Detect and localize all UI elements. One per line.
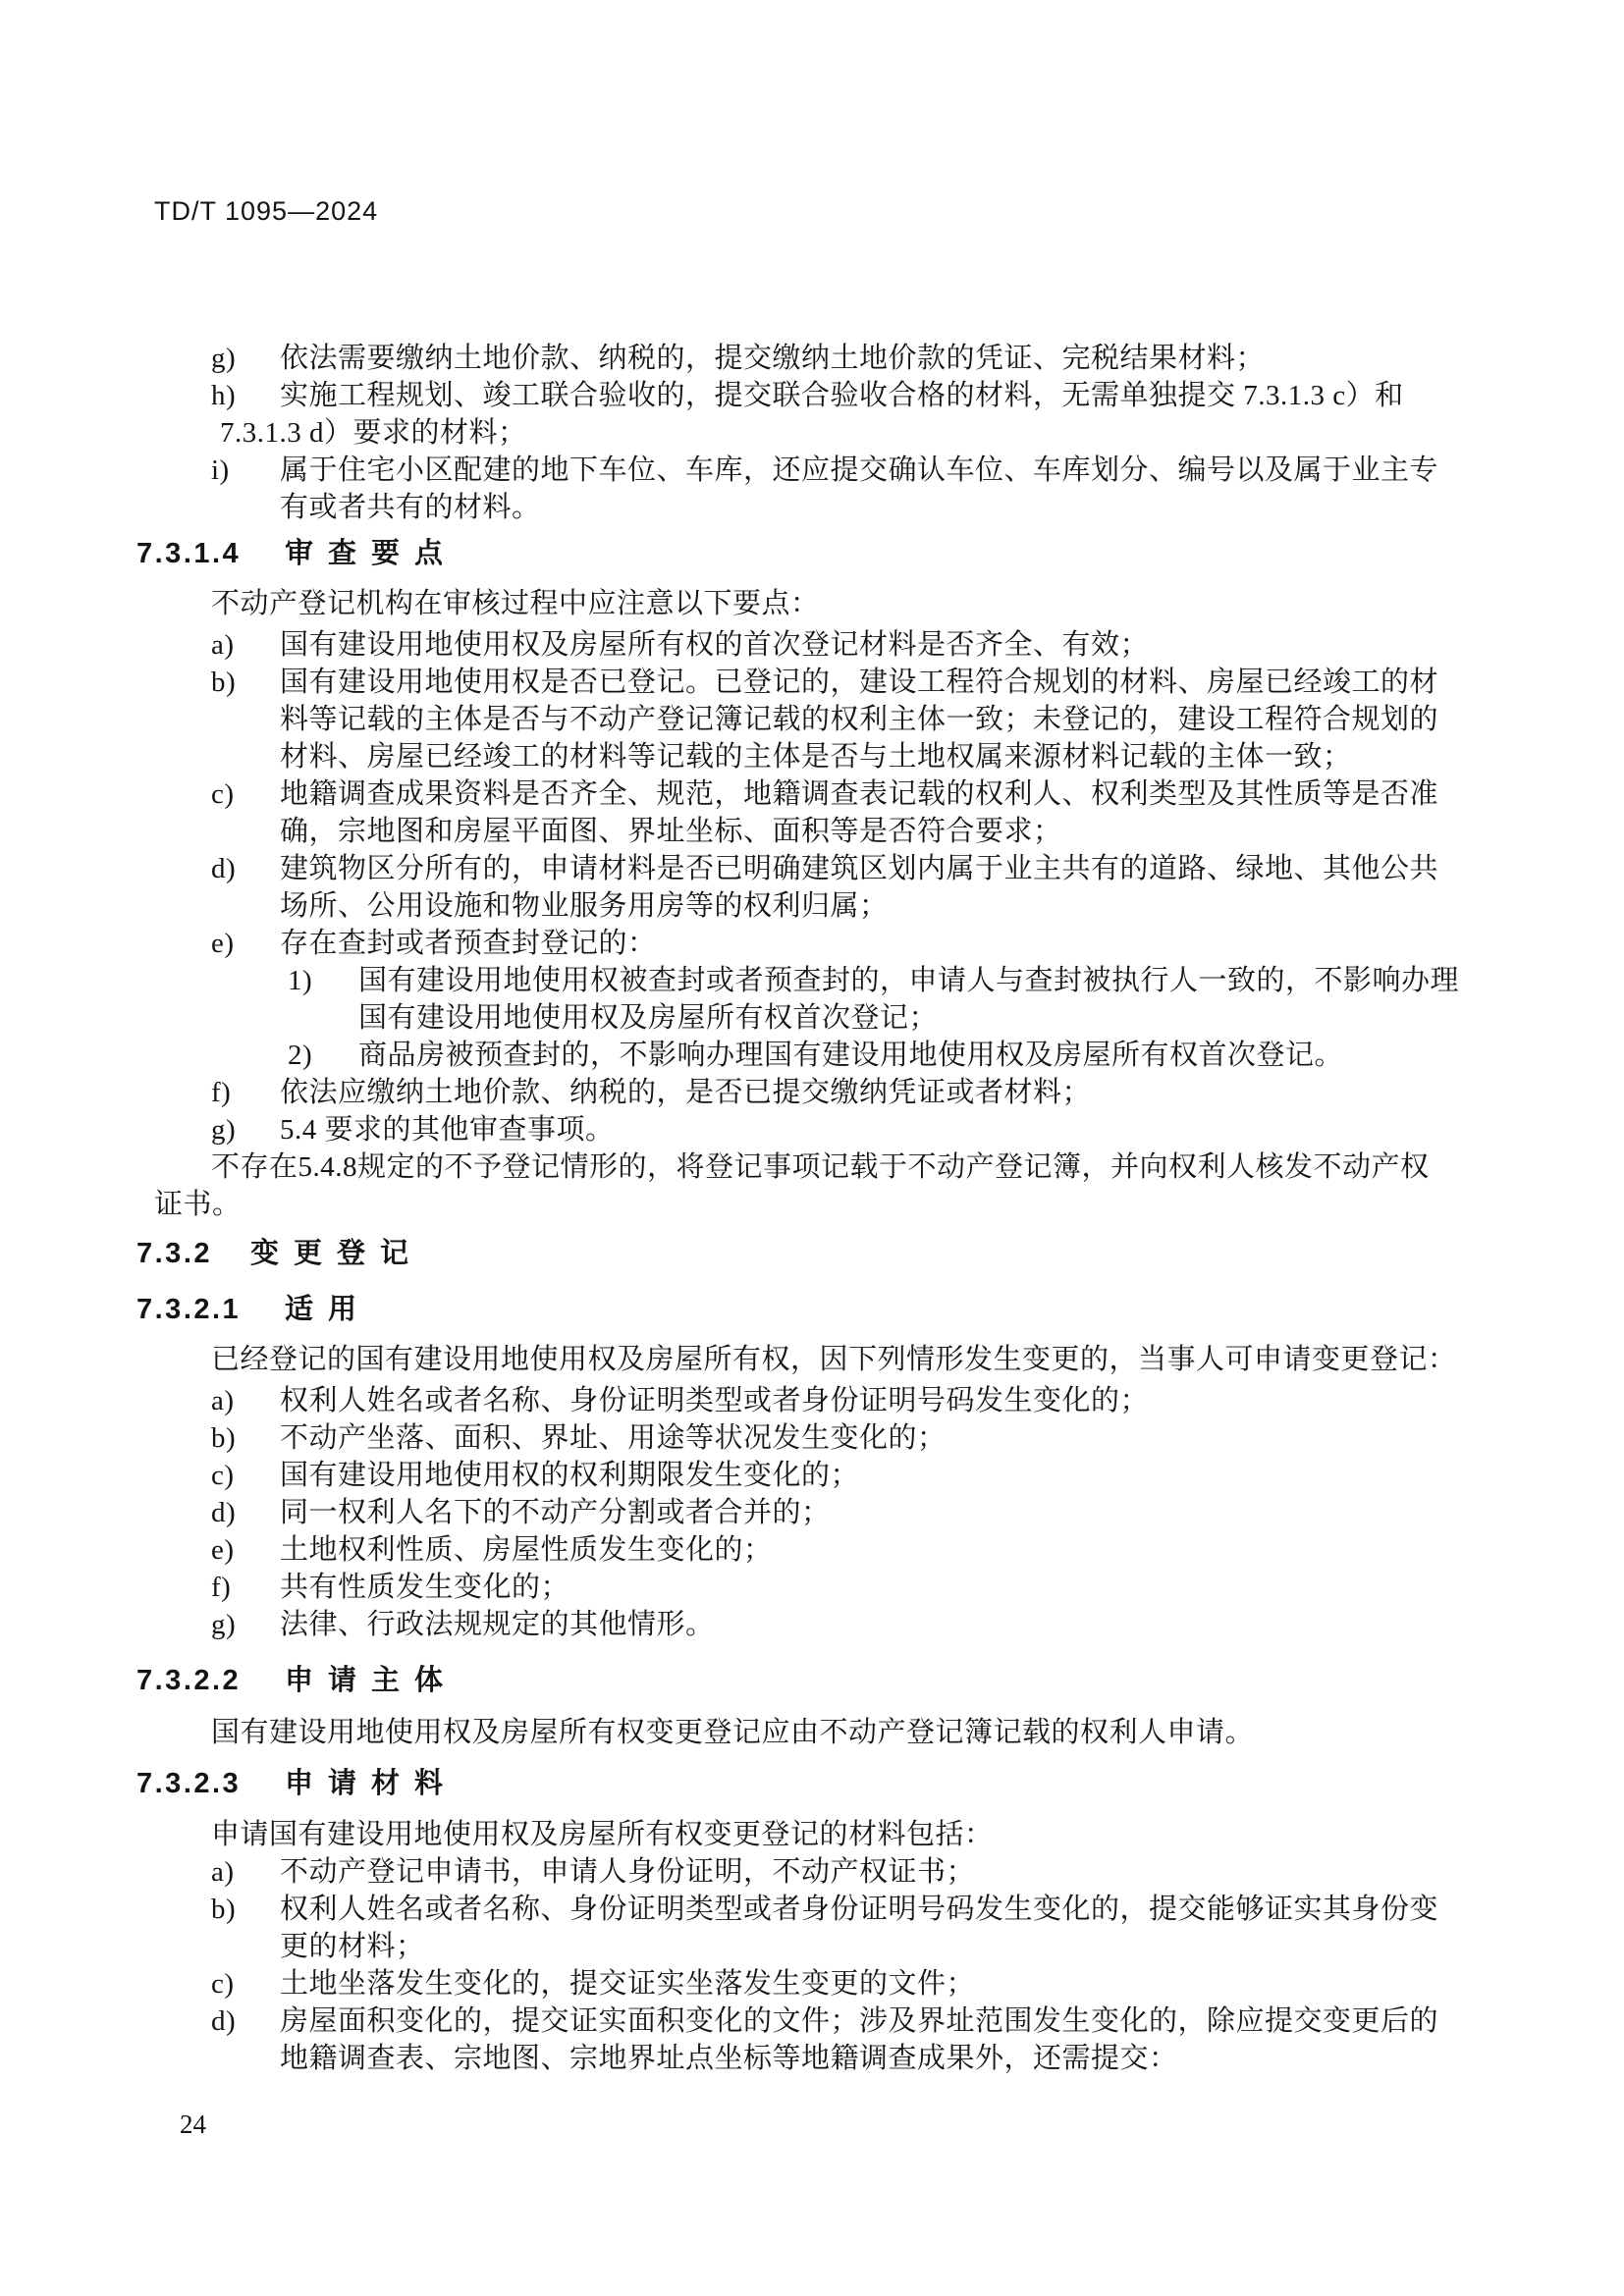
list-item-text: 权利人姓名或者名称、身份证明类型或者身份证明号码发生变化的，提交能够证实其身份变 <box>280 1893 1438 1926</box>
section-number: 7.3.1.4 <box>136 537 241 570</box>
list-marker: d) <box>211 1496 236 1529</box>
list-item-text: 更的材料； <box>280 1930 425 1963</box>
list-item-text: 材料、房屋已经竣工的材料等记载的主体是否与土地权属来源材料记载的主体一致； <box>280 740 1352 774</box>
list-item-text: 国有建设用地使用权是否已登记。已登记的，建设工程符合规划的材料、房屋已经竣工的材 <box>280 666 1438 699</box>
list-item-text: 依法需要缴纳土地价款、纳税的，提交缴纳土地价款的凭证、完税结果材料； <box>280 342 1265 375</box>
list-item-text: 7.3.1.3 d）要求的材料； <box>220 416 527 450</box>
list-marker: a) <box>211 1855 235 1889</box>
section-heading-7-3-2-2: 7.3.2.2 申请主体 <box>0 1664 1624 1697</box>
list-item-text: 权利人姓名或者名称、身份证明类型或者身份证明号码发生变化的； <box>280 1384 1149 1417</box>
list-marker: g) <box>211 342 236 375</box>
list-item: c) 国有建设用地使用权的权利期限发生变化的； <box>0 1459 1624 1492</box>
list-marker: d) <box>211 852 236 885</box>
list-item: e) 土地权利性质、房屋性质发生变化的； <box>0 1533 1624 1567</box>
list-marker: e) <box>211 927 235 960</box>
document-page: TD/T 1095—2024 g) 依法需要缴纳土地价款、纳税的，提交缴纳土地价… <box>0 0 1624 2296</box>
list-item-text: 依法应缴纳土地价款、纳税的，是否已提交缴纳凭证或者材料； <box>280 1076 1091 1109</box>
list-item: a) 不动产登记申请书，申请人身份证明，不动产权证书； <box>0 1855 1624 1889</box>
list-item-continuation: 材料、房屋已经竣工的材料等记载的主体是否与土地权属来源材料记载的主体一致； <box>0 740 1624 774</box>
section-title: 变更登记 <box>250 1237 423 1270</box>
section-title: 适用 <box>285 1293 371 1326</box>
list-item-text: 属于住宅小区配建的地下车位、车库，还应提交确认车位、车库划分、编号以及属于业主专 <box>280 454 1438 487</box>
list-item-text: 存在查封或者预查封登记的： <box>280 927 657 960</box>
paragraph: 申请国有建设用地使用权及房屋所有权变更登记的材料包括： <box>0 1818 1624 1851</box>
paragraph: 不动产登记机构在审核过程中应注意以下要点： <box>0 587 1624 620</box>
list-item-text: 同一权利人名下的不动产分割或者合并的； <box>280 1496 831 1529</box>
sub-list-item: 2) 商品房被预查封的，不影响办理国有建设用地使用权及房屋所有权首次登记。 <box>0 1039 1624 1072</box>
list-marker: g) <box>211 1113 236 1147</box>
sub-list-marker: 1) <box>288 964 312 997</box>
list-item-text: 法律、行政法规规定的其他情形。 <box>280 1608 715 1641</box>
list-item: a) 国有建设用地使用权及房屋所有权的首次登记材料是否齐全、有效； <box>0 628 1624 662</box>
list-marker: f) <box>211 1571 231 1604</box>
list-item-continuation: 料等记载的主体是否与不动产登记簿记载的权利主体一致；未登记的，建设工程符合规划的 <box>0 703 1624 736</box>
section-title: 审查要点 <box>285 537 458 570</box>
list-item-continuation: 有或者共有的材料。 <box>0 491 1624 524</box>
paragraph-continuation: 证书。 <box>0 1188 1624 1221</box>
list-item: g) 依法需要缴纳土地价款、纳税的，提交缴纳土地价款的凭证、完税结果材料； <box>0 342 1624 375</box>
list-item-continuation: 地籍调查表、宗地图、宗地界址点坐标等地籍调查成果外，还需提交： <box>0 2042 1624 2075</box>
list-item: d) 房屋面积变化的，提交证实面积变化的文件；涉及界址范围发生变化的，除应提交变… <box>0 2004 1624 2038</box>
sub-list-item-text: 国有建设用地使用权及房屋所有权首次登记； <box>358 1001 938 1035</box>
list-item-text: 5.4 要求的其他审查事项。 <box>280 1113 615 1147</box>
list-marker: a) <box>211 1384 235 1417</box>
paragraph: 国有建设用地使用权及房屋所有权变更登记应由不动产登记簿记载的权利人申请。 <box>0 1716 1624 1749</box>
list-item-continuation: 7.3.1.3 d）要求的材料； <box>0 416 1624 450</box>
list-item-text: 地籍调查成果资料是否齐全、规范，地籍调查表记载的权利人、权利类型及其性质等是否准 <box>280 777 1438 811</box>
list-marker: b) <box>211 1893 236 1926</box>
list-marker: e) <box>211 1533 235 1567</box>
list-item-text: 土地坐落发生变化的，提交证实坐落发生变更的文件； <box>280 1967 975 2001</box>
list-item-text: 共有性质发生变化的； <box>280 1571 569 1604</box>
list-item-text: 实施工程规划、竣工联合验收的，提交联合验收合格的材料，无需单独提交 7.3.1.… <box>280 379 1404 412</box>
list-item: f) 依法应缴纳土地价款、纳税的，是否已提交缴纳凭证或者材料； <box>0 1076 1624 1109</box>
list-item-text: 有或者共有的材料。 <box>280 491 541 524</box>
list-item-text: 确，宗地图和房屋平面图、界址坐标、面积等是否符合要求； <box>280 815 1062 848</box>
list-item-text: 土地权利性质、房屋性质发生变化的； <box>280 1533 773 1567</box>
list-item: g) 法律、行政法规规定的其他情形。 <box>0 1608 1624 1641</box>
list-marker: f) <box>211 1076 231 1109</box>
list-item: c) 土地坐落发生变化的，提交证实坐落发生变更的文件； <box>0 1967 1624 2001</box>
section-number: 7.3.2.1 <box>136 1293 241 1326</box>
section-heading-7-3-2-3: 7.3.2.3 申请材料 <box>0 1767 1624 1800</box>
list-item: c) 地籍调查成果资料是否齐全、规范，地籍调查表记载的权利人、权利类型及其性质等… <box>0 777 1624 811</box>
list-marker: c) <box>211 1459 235 1492</box>
list-marker: a) <box>211 628 235 662</box>
list-marker: g) <box>211 1608 236 1641</box>
list-item: g) 5.4 要求的其他审查事项。 <box>0 1113 1624 1147</box>
list-item: b) 不动产坐落、面积、界址、用途等状况发生变化的； <box>0 1421 1624 1455</box>
section-heading-7-3-2: 7.3.2 变更登记 <box>0 1237 1624 1270</box>
section-heading-7-3-1-4: 7.3.1.4 审查要点 <box>0 537 1624 570</box>
sub-list-item: 1) 国有建设用地使用权被查封或者预查封的，申请人与查封被执行人一致的，不影响办… <box>0 964 1624 997</box>
sub-list-item-continuation: 国有建设用地使用权及房屋所有权首次登记； <box>0 1001 1624 1035</box>
section-title: 申请材料 <box>285 1767 458 1800</box>
standard-number-header: TD/T 1095—2024 <box>154 196 378 226</box>
sub-list-marker: 2) <box>288 1039 312 1072</box>
section-number: 7.3.2.3 <box>136 1767 241 1800</box>
list-item: d) 建筑物区分所有的，申请材料是否已明确建筑区划内属于业主共有的道路、绿地、其… <box>0 852 1624 885</box>
list-item: i) 属于住宅小区配建的地下车位、车库，还应提交确认车位、车库划分、编号以及属于… <box>0 454 1624 487</box>
sub-list-item-text: 国有建设用地使用权被查封或者预查封的，申请人与查封被执行人一致的，不影响办理 <box>358 964 1459 997</box>
section-number: 7.3.2.2 <box>136 1664 241 1697</box>
list-marker: i) <box>211 454 230 487</box>
list-item: b) 权利人姓名或者名称、身份证明类型或者身份证明号码发生变化的，提交能够证实其… <box>0 1893 1624 1926</box>
section-heading-7-3-2-1: 7.3.2.1 适用 <box>0 1293 1624 1326</box>
list-marker: d) <box>211 2004 236 2038</box>
list-item-text: 地籍调查表、宗地图、宗地界址点坐标等地籍调查成果外，还需提交： <box>280 2042 1178 2075</box>
paragraph-text: 已经登记的国有建设用地使用权及房屋所有权，因下列情形发生变更的，当事人可申请变更… <box>211 1343 1457 1376</box>
page-number: 24 <box>180 2109 206 2139</box>
list-item-text: 不动产坐落、面积、界址、用途等状况发生变化的； <box>280 1421 947 1455</box>
list-item-continuation: 更的材料； <box>0 1930 1624 1963</box>
list-marker: h) <box>211 379 236 412</box>
list-item-text: 料等记载的主体是否与不动产登记簿记载的权利主体一致；未登记的，建设工程符合规划的 <box>280 703 1438 736</box>
section-title: 申请主体 <box>285 1664 458 1697</box>
list-item: f) 共有性质发生变化的； <box>0 1571 1624 1604</box>
list-marker: b) <box>211 666 236 699</box>
paragraph-text: 证书。 <box>154 1188 242 1221</box>
paragraph: 已经登记的国有建设用地使用权及房屋所有权，因下列情形发生变更的，当事人可申请变更… <box>0 1343 1624 1376</box>
section-number: 7.3.2 <box>136 1237 212 1270</box>
list-marker: c) <box>211 777 235 811</box>
list-item-text: 国有建设用地使用权及房屋所有权的首次登记材料是否齐全、有效； <box>280 628 1149 662</box>
paragraph-text: 不动产登记机构在审核过程中应注意以下要点： <box>211 587 820 620</box>
paragraph-text: 国有建设用地使用权及房屋所有权变更登记应由不动产登记簿记载的权利人申请。 <box>211 1716 1254 1749</box>
list-item-text: 房屋面积变化的，提交证实面积变化的文件；涉及界址范围发生变化的，除应提交变更后的 <box>280 2004 1438 2038</box>
list-item: e) 存在查封或者预查封登记的： <box>0 927 1624 960</box>
list-item-text: 场所、公用设施和物业服务用房等的权利归属； <box>280 889 889 923</box>
paragraph: 不存在5.4.8规定的不予登记情形的，将登记事项记载于不动产登记簿，并向权利人核… <box>0 1150 1624 1184</box>
list-item-text: 国有建设用地使用权的权利期限发生变化的； <box>280 1459 859 1492</box>
list-item-continuation: 场所、公用设施和物业服务用房等的权利归属； <box>0 889 1624 923</box>
list-item-text: 不动产登记申请书，申请人身份证明，不动产权证书； <box>280 1855 975 1889</box>
list-item: a) 权利人姓名或者名称、身份证明类型或者身份证明号码发生变化的； <box>0 1384 1624 1417</box>
list-item: h) 实施工程规划、竣工联合验收的，提交联合验收合格的材料，无需单独提交 7.3… <box>0 379 1624 412</box>
paragraph-text: 申请国有建设用地使用权及房屋所有权变更登记的材料包括： <box>211 1818 994 1851</box>
list-marker: c) <box>211 1967 235 2001</box>
paragraph-text: 不存在5.4.8规定的不予登记情形的，将登记事项记载于不动产登记簿，并向权利人核… <box>211 1150 1430 1184</box>
list-item-text: 建筑物区分所有的，申请材料是否已明确建筑区划内属于业主共有的道路、绿地、其他公共 <box>280 852 1438 885</box>
list-marker: b) <box>211 1421 236 1455</box>
list-item: b) 国有建设用地使用权是否已登记。已登记的，建设工程符合规划的材料、房屋已经竣… <box>0 666 1624 699</box>
list-item: d) 同一权利人名下的不动产分割或者合并的； <box>0 1496 1624 1529</box>
sub-list-item-text: 商品房被预查封的，不影响办理国有建设用地使用权及房屋所有权首次登记。 <box>358 1039 1343 1072</box>
list-item-continuation: 确，宗地图和房屋平面图、界址坐标、面积等是否符合要求； <box>0 815 1624 848</box>
